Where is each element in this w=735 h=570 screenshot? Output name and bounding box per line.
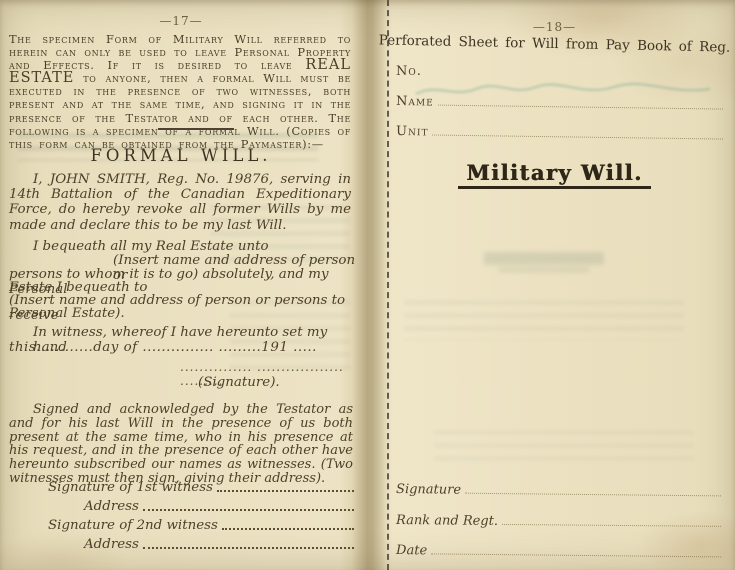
date-blank-line: this............day of ............... .…: [9, 340, 317, 355]
paybook-scan: —17— The specimen Form of Military Will …: [0, 0, 735, 570]
bleedthrough-underline: [499, 268, 589, 272]
attestation-paragraph: Signed and acknowledged by the Testator …: [9, 403, 353, 486]
name-blank-line: [438, 105, 723, 110]
right-page-number: —18—: [374, 20, 735, 34]
left-page: —17— The specimen Form of Military Will …: [0, 0, 362, 570]
date-row: Date: [396, 543, 723, 561]
date-blank-line: [431, 553, 721, 557]
witness2-row: Signature of 2nd witness: [48, 518, 356, 533]
section-divider-rule: [158, 128, 234, 130]
address2-row: Address: [84, 537, 356, 552]
name-row: Name: [396, 94, 725, 114]
address1-label: Address: [84, 499, 139, 514]
bequeath-line-1: I bequeath all my Real Estate unto: [33, 239, 269, 254]
witness1-row: Signature of 1st witness: [48, 480, 356, 495]
dotted-leader: [222, 528, 354, 530]
rank-label: Rank and Regt.: [396, 513, 498, 529]
opening-paragraph: I, JOHN SMITH, Reg. No. 19876, serving i…: [9, 172, 351, 233]
name-label: Name: [396, 94, 434, 110]
perforation-dashed-line: [387, 0, 389, 570]
signature-label: Signature: [396, 482, 461, 498]
address1-row: Address: [84, 499, 356, 514]
signature-blank-line: [465, 493, 721, 497]
address2-label: Address: [84, 537, 139, 552]
military-will-heading-wrap: Military Will.: [374, 160, 735, 189]
right-page: —18— Perforated Sheet for Will from Pay …: [374, 0, 735, 570]
bleedthrough-band: [434, 430, 694, 466]
unit-label: Unit: [396, 124, 429, 139]
witness2-label: Signature of 2nd witness: [48, 518, 218, 533]
dotted-leader: [143, 509, 354, 511]
dotted-leader: [143, 547, 354, 549]
signature-caption: (Signature).: [198, 375, 280, 390]
military-will-heading: Military Will.: [458, 160, 651, 189]
intro-paragraph: The specimen Form of Military Will refer…: [9, 33, 351, 151]
formal-will-heading: FORMAL WILL.: [0, 146, 362, 165]
unit-row: Unit: [396, 124, 725, 144]
no-label: No.: [396, 64, 422, 79]
bequeath-line-6: Personal Estate).: [9, 306, 125, 321]
unit-blank-line: [432, 135, 723, 140]
date-label: Date: [396, 543, 427, 558]
rank-row: Rank and Regt.: [396, 513, 723, 531]
bleedthrough-heading: [484, 252, 604, 265]
signature-row: Signature: [396, 482, 723, 500]
rank-blank-line: [502, 524, 721, 527]
dotted-leader: [217, 490, 354, 492]
witness1-label: Signature of 1st witness: [48, 480, 213, 495]
left-page-number: —17—: [0, 14, 362, 28]
bleedthrough-band: [404, 300, 684, 340]
perforated-sheet-title: Perforated Sheet for Will from Pay Book …: [374, 32, 735, 56]
intro-text-1: The specimen Form of Military Will refer…: [9, 32, 351, 72]
